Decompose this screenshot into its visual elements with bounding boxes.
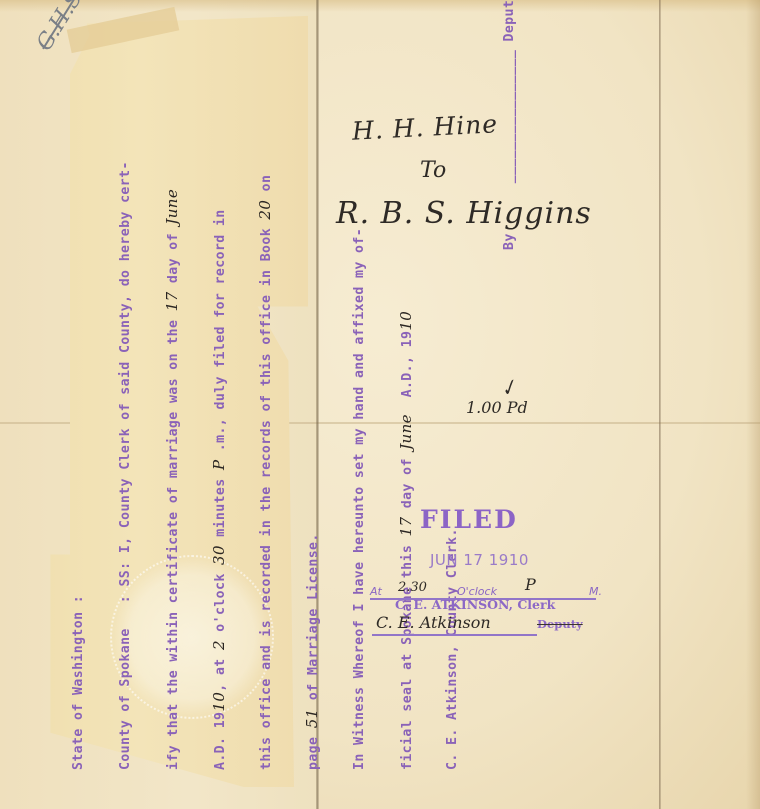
cert-line-6: page 51 of Marriage License.	[305, 10, 321, 770]
vertical-fold-right	[659, 0, 661, 809]
hw-witness-day: 17	[397, 517, 415, 537]
hw-ampm: P	[210, 460, 228, 471]
cert-line-4: A.D. 1910, at 2 o'clock 30 minutes P .m.…	[212, 10, 228, 770]
filed-stamp-deputy-row: C. E. Atkinson Deputy	[372, 615, 622, 633]
to-word: To	[420, 158, 446, 183]
hw-witness-year: 10	[397, 311, 415, 331]
hw-witness-month: June	[397, 414, 415, 450]
filed-stamp-title: FILED	[420, 505, 518, 534]
paper-right-edge	[746, 0, 760, 809]
cert-line-5: this office and is recorded in the recor…	[258, 10, 274, 770]
stamp-m-label: M.	[589, 585, 602, 598]
fee-paid-note: 1.00 Pd	[466, 398, 528, 417]
hw-book: 20	[256, 200, 274, 220]
cert-line-2: County of Spokane : SS: I, County Clerk …	[118, 10, 134, 770]
signature-line	[372, 634, 537, 636]
stamp-ampm: P	[525, 575, 536, 594]
hw-filed-day: 17	[163, 291, 181, 311]
stamp-deputy-label: Deputy	[537, 617, 583, 631]
stamp-at-label: At	[370, 585, 382, 598]
hw-filed-month: June	[163, 189, 181, 225]
stamp-time: 2.30	[398, 580, 427, 595]
hw-minutes: 30	[210, 545, 228, 565]
hw-page: 51	[303, 708, 321, 728]
hw-hour: 2	[210, 640, 228, 650]
hw-year: 10	[210, 692, 228, 712]
clerk-signature: C. E. Atkinson	[376, 613, 491, 632]
filed-stamp-clerk: C. E. ATKINSON, Clerk	[395, 597, 555, 612]
filed-stamp-date: JUN 17 1910	[430, 551, 529, 569]
cert-line-3: ify that the within certificate of marri…	[165, 10, 181, 770]
to-party-name: R. B. S. Higgins	[336, 196, 592, 231]
cert-line-1: State of Washington :	[71, 10, 87, 770]
